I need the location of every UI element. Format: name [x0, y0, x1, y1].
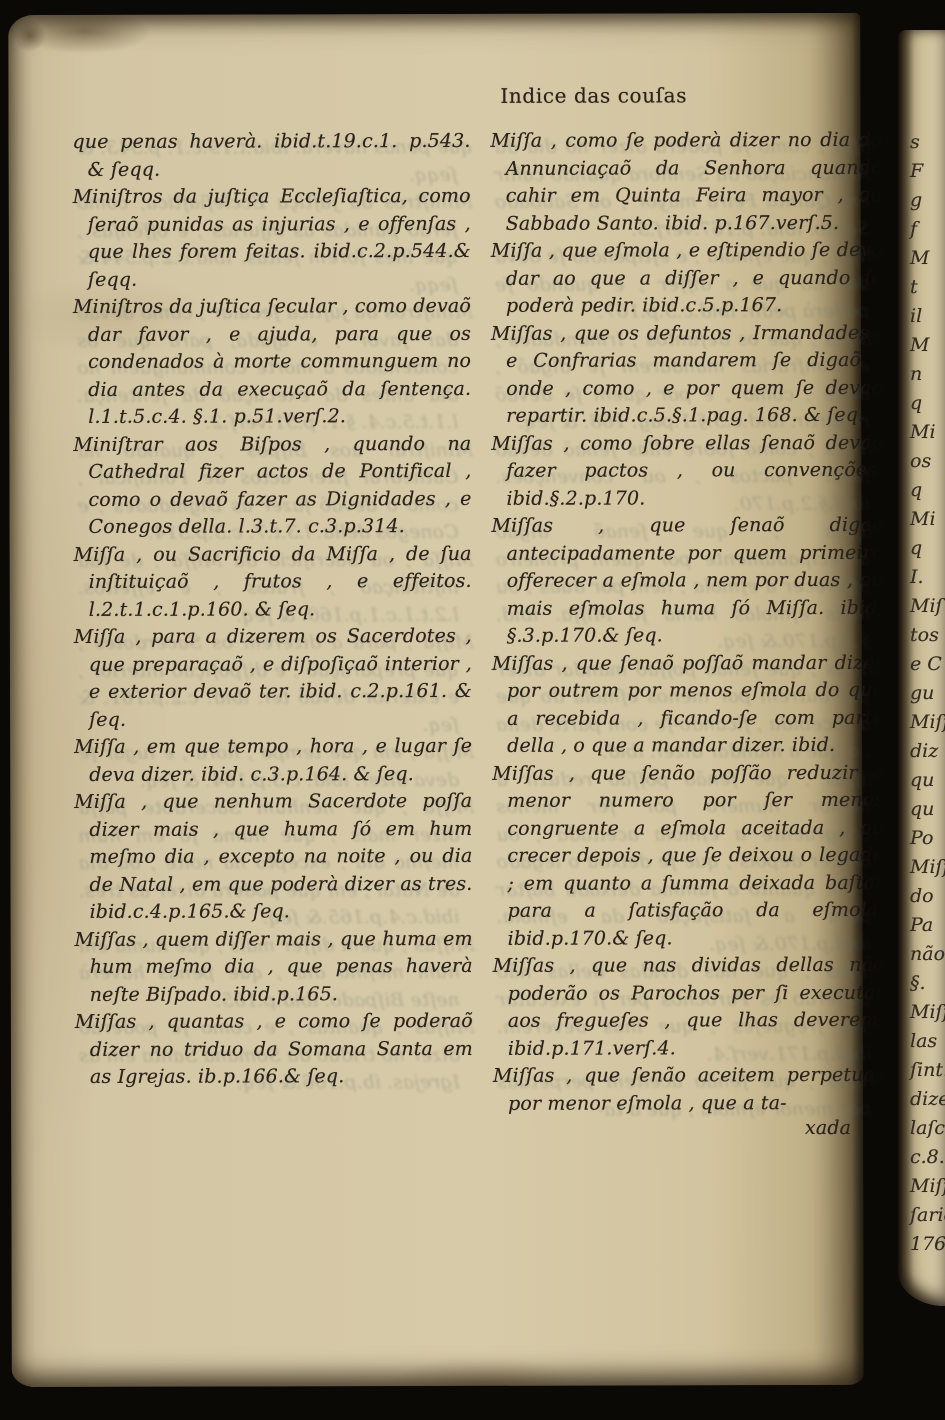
facing-page-fragment: s: [910, 128, 945, 157]
index-entry: Miſſas , que ſenão aceitem perpetuas por…: [493, 1062, 885, 1118]
facing-page-fragment: il: [910, 302, 945, 331]
index-entry: Miſſa , como ſe poderà dizer no dia da A…: [491, 127, 883, 238]
facing-page-fragment: las: [910, 1027, 945, 1056]
facing-page-fragment: I.: [910, 563, 945, 592]
running-header: Indice das couſas: [500, 83, 687, 107]
index-entries-right: Miſſa , como ſe poderà dizer no dia da A…: [491, 127, 886, 1118]
facing-page-fragment: F: [910, 157, 945, 186]
facing-page-fragment: ſario: [910, 1201, 945, 1230]
facing-page-fragment: q: [910, 476, 945, 505]
index-entry: Miſſas , como ſobre ellas ſenaõ devaõ fa…: [491, 429, 883, 513]
facing-page-fragment: Po: [910, 824, 945, 853]
index-entry: Miniſtros da juſtica ſecular , como deva…: [73, 293, 471, 432]
facing-page-fragment: q: [910, 389, 945, 418]
index-entry: Miſſa , ou Sacrificio da Miſſa , de ſua …: [74, 540, 472, 624]
facing-page-fragment: Pa: [910, 911, 945, 940]
facing-page-fragment: do: [910, 882, 945, 911]
facing-page-fragment: Miſ: [910, 592, 945, 621]
index-entry: Miſſa , que nenhum Sacerdote poſſa dizer…: [74, 788, 472, 927]
index-page: que penas haverà. ibid.t.19.c.1. p.543. …: [8, 13, 864, 1387]
index-entry: Miſſas , que ſenaõ digaõ antecipadamente…: [492, 512, 884, 651]
facing-page-fragment: Miſſa,: [910, 1172, 945, 1201]
facing-page-fragment: M: [910, 244, 945, 273]
index-entry: Miſſas , que ſenaõ poſſaõ mandar dizer p…: [492, 649, 884, 760]
facing-page-fragment: diz: [910, 737, 945, 766]
facing-page-fragment: gu: [910, 679, 945, 708]
book-scan: que penas haverà. ibid.t.19.c.1. p.543. …: [0, 0, 945, 1420]
index-entry: Miſſas , quantas , e como ſe poderaõ diz…: [75, 1008, 473, 1092]
facing-page-fragment: dize: [910, 1085, 945, 1114]
facing-page-fragment: t: [910, 273, 945, 302]
index-entries-left: que penas haverà. ibid.t.19.c.1. p.543. …: [73, 128, 474, 1092]
index-column-left: que penas haverà. ibid.t.19.c.1. p.543. …: [73, 128, 474, 1092]
index-entry: Miſſa , que eſmola , e eſtipendio ſe dev…: [491, 237, 883, 321]
facing-page-fragment: ſint.: [910, 1056, 945, 1085]
index-entry: Miſſas , que nas dividas dellas não pode…: [493, 952, 885, 1063]
facing-page-fragment: q: [910, 534, 945, 563]
facing-page-fragment: qu: [910, 795, 945, 824]
facing-page-fragment: M: [910, 331, 945, 360]
index-entry: Miſſa , para a dizerem os Sacerdotes , q…: [74, 623, 472, 734]
facing-page-fragment: e C: [910, 650, 945, 679]
index-entry: Miniſtrar aos Biſpos , quando na Cathedr…: [73, 430, 471, 541]
facing-page-fragment: n: [910, 360, 945, 389]
facing-page-fragment: Mi: [910, 418, 945, 447]
facing-page-fragment: §.: [910, 969, 945, 998]
index-entry: Miſſas , que os defuntos , Irmandades , …: [491, 319, 883, 430]
facing-page-fragment: os: [910, 447, 945, 476]
facing-page-fragment: Mi: [910, 505, 945, 534]
index-column-right: Miſſa , como ſe poderà dizer no dia da A…: [491, 127, 886, 1144]
facing-page-fragment: c.8.: [910, 1143, 945, 1172]
index-entry: Miniſtros da juſtiça Eccleſiaſtica, como…: [73, 183, 471, 294]
index-entry: que penas haverà. ibid.t.19.c.1. p.543. …: [73, 128, 471, 184]
facing-page-fragment: não: [910, 940, 945, 969]
facing-page-fragment: Miſſa: [910, 998, 945, 1027]
catchword: xada: [493, 1115, 885, 1144]
facing-page-fragment: f: [910, 215, 945, 244]
index-entry: Miſſa , em que tempo , hora , e lugar ſe…: [74, 733, 472, 789]
facing-page-fragment: Miſſ: [910, 708, 945, 737]
facing-page-fragment: g: [910, 186, 945, 215]
facing-page-fragment: Miſſa: [910, 853, 945, 882]
facing-page-fragment: tos: [910, 621, 945, 650]
facing-page-fragment: laſc: [910, 1114, 945, 1143]
index-entry: Miſſas , que ſenão poſſão reduzir a meno…: [492, 759, 885, 953]
index-entry: Miſſas , quem diſſer mais , que huma em …: [75, 925, 473, 1009]
facing-page-fragment: qu: [910, 766, 945, 795]
facing-page-fragment: 176: [910, 1230, 945, 1259]
facing-page-sliver: sFgfMtilMnqMiosqMiqI.Miſtose CguMiſſdizq…: [898, 30, 945, 1306]
facing-page-text-fragments: sFgfMtilMnqMiosqMiqI.Miſtose CguMiſſdizq…: [898, 30, 945, 1259]
